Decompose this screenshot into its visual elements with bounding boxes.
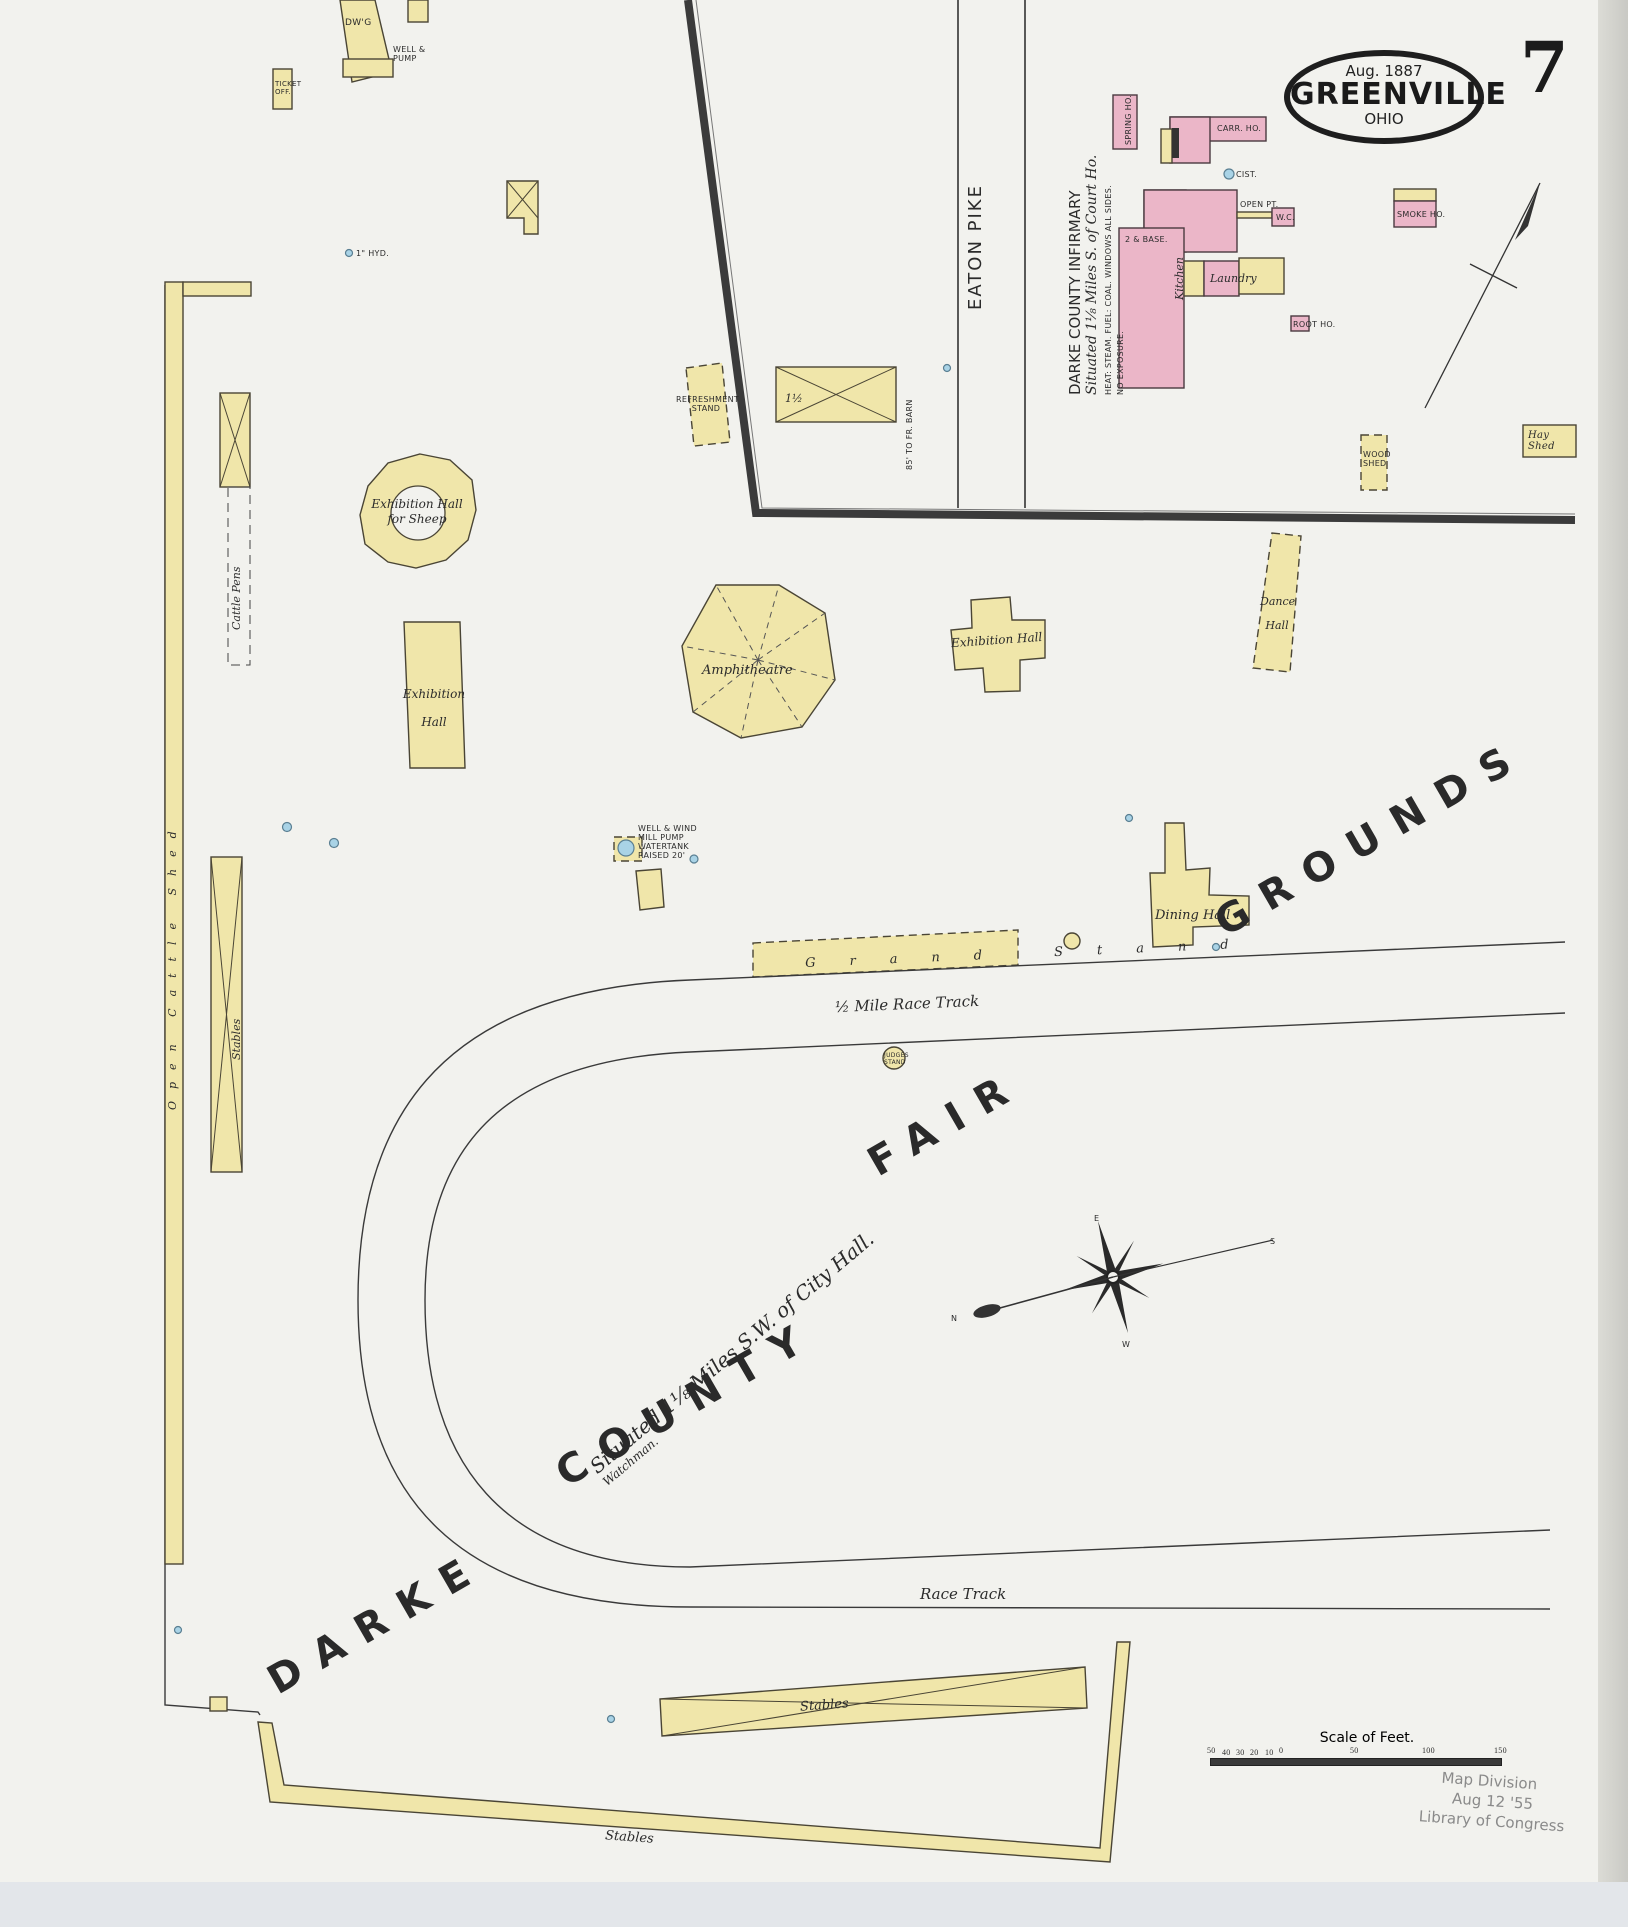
- race-track: [358, 942, 1565, 1609]
- root-house-label: ROOT HO.: [1293, 320, 1336, 329]
- compass-rose-icon: [972, 1220, 1273, 1335]
- title-cartouche: Aug. 1887 GREENVILLE OHIO: [1284, 50, 1484, 144]
- smoke-house-yellow: [1394, 189, 1436, 201]
- cattle-pens-label: Cattle Pens: [230, 567, 243, 631]
- city-name: GREENVILLE: [1290, 80, 1478, 110]
- carriage-shed: [1161, 129, 1172, 163]
- carriage-house-label: CARR. HO.: [1217, 124, 1261, 133]
- kitchen-label: Kitchen: [1173, 257, 1186, 300]
- refreshment-stand-label: REFRESHMENT STAND: [676, 395, 736, 413]
- exhibition-hall-f-label: Exhibition Hall: [398, 680, 470, 736]
- basement-label: 2 & BASE.: [1125, 235, 1168, 244]
- tick: 30: [1236, 1748, 1245, 1757]
- compass-s: S: [1270, 1237, 1275, 1246]
- windmill-label: WELL & WIND MILL PUMP WATERTANK RAISED 2…: [638, 824, 708, 860]
- tick: 50: [1207, 1746, 1216, 1755]
- spring-house-label: SPRING HO.: [1124, 95, 1133, 145]
- hay-shed-label: Hay Shed: [1528, 430, 1568, 452]
- laundry-label: Laundry: [1210, 272, 1257, 285]
- shed-cap: [183, 282, 251, 296]
- library-stamp: Map Division Aug 12 '55 Library of Congr…: [1438, 1768, 1568, 1837]
- infirmary-notes: HEAT: STEAM. FUEL: COAL. WINDOWS ALL SID…: [1104, 185, 1113, 395]
- building-g-storeys: 1½: [785, 392, 803, 405]
- tick: 100: [1422, 1746, 1435, 1755]
- race-track-bottom-label: Race Track: [920, 1585, 1006, 1603]
- amphitheatre-label: Amphitheatre: [702, 663, 793, 678]
- compass-e: E: [1094, 1214, 1099, 1223]
- small-building: [636, 869, 664, 910]
- infirmary-title: DARKE COUNTY INFIRMARY: [1066, 190, 1084, 395]
- windmill-tank-icon: [618, 840, 634, 856]
- hydrants: [175, 250, 1220, 1723]
- scale-bar: Scale of Feet. 50 40 30 20 10 0 50 100 1…: [1207, 1730, 1507, 1772]
- infirmary-exposure: NO EXPOSURE.: [1116, 331, 1125, 395]
- compass-w: W: [1122, 1340, 1130, 1349]
- well-pump-label: WELL & PUMP: [393, 45, 433, 63]
- tick: 150: [1494, 1746, 1507, 1755]
- sheet-number: 7: [1520, 26, 1569, 109]
- tick: 0: [1279, 1746, 1283, 1755]
- dance-hall-label: Dance Hall: [1260, 590, 1294, 638]
- state-name: OHIO: [1290, 110, 1478, 128]
- infirmary-location: Situated 1⅛ Miles S. of Court Ho.: [1084, 155, 1100, 395]
- distance-note: 85' TO FR. BARN: [905, 399, 914, 470]
- stables-k-label: Stables: [230, 1019, 243, 1060]
- eaton-pike-label: EATON PIKE: [965, 184, 986, 310]
- open-cattle-shed-label: Open Cattle Shed: [166, 819, 179, 1110]
- sheep-hall-label: Exhibition Hall for Sheep: [362, 497, 472, 527]
- dwelling-label: DW'G: [345, 18, 371, 28]
- tick: 10: [1265, 1748, 1274, 1757]
- judges-stand-label: JUDGES STAND: [884, 1052, 908, 1066]
- cistern-icon: [1224, 169, 1234, 179]
- hydrant-label: 1" HYD.: [356, 249, 389, 258]
- tick: 40: [1222, 1748, 1231, 1757]
- ticket-office-south: [210, 1697, 227, 1711]
- link-f: [1184, 261, 1204, 296]
- tick: 20: [1250, 1748, 1259, 1757]
- ticket-office-label: TICKET OFF.: [275, 80, 295, 96]
- open-pt: [1237, 212, 1272, 218]
- outbuilding: [408, 0, 428, 22]
- building-c: [507, 181, 538, 234]
- infirmary-wing-e: [1119, 228, 1184, 388]
- dwelling-a-wing: [343, 59, 393, 77]
- smoke-house-label: SMOKE HO.: [1397, 210, 1445, 219]
- dark-strip: [1172, 128, 1179, 158]
- tick: 50: [1350, 1746, 1359, 1755]
- scale-title: Scale of Feet.: [1227, 1730, 1507, 1746]
- compass-n: N: [951, 1314, 957, 1323]
- cistern-label: CIST.: [1236, 170, 1257, 179]
- open-pt-label: OPEN PT.: [1240, 200, 1278, 209]
- sheet-edge: [1598, 0, 1628, 1882]
- wood-shed-label: WOOD SHED: [1363, 450, 1385, 468]
- wc-label: W.C.: [1276, 213, 1295, 222]
- map-drawing: .y{fill:#f0e6aa;stroke:#4a4535;stroke-wi…: [0, 0, 1598, 1882]
